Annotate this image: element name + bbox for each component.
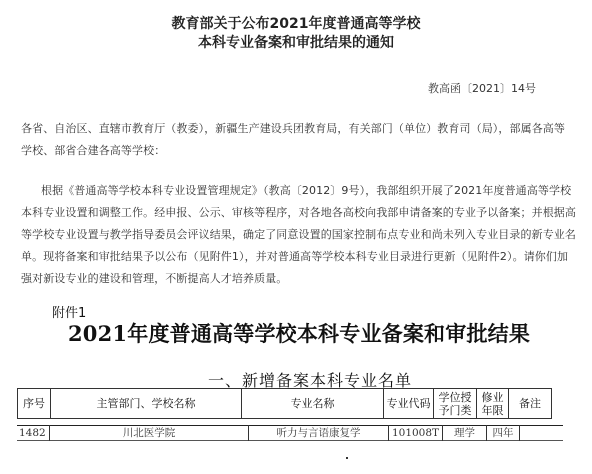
notice-title-line-1: 教育部关于公布2021年度普通高等学校	[0, 14, 592, 34]
cell-years: 四年	[487, 426, 520, 441]
header-code: 专业代码	[384, 389, 434, 419]
document-number: 教高函〔2021〕14号	[428, 80, 536, 96]
header-major: 专业名称	[242, 389, 384, 419]
salutation-line-1: 各省、自治区、直辖市教育厅（教委），新疆生产建设兵团教育局，有关部门（单位）教育…	[21, 118, 565, 141]
body-line-3: 等学校专业设置与教学指导委员会评议结果，确定了同意设置的国家控制布点专业和尚未列…	[21, 224, 576, 247]
salutation-line-2: 学校、部省合建各高等学校：	[21, 140, 165, 163]
cell-code: 101008T	[389, 426, 443, 441]
header-years-line-1: 修业	[477, 391, 508, 404]
body-line-4: 单。现将备案和审批结果予以公布（见附件1），并对普通高等学校本科专业目录进行更新…	[21, 246, 568, 269]
table-header-row: 序号 主管部门、学校名称 专业名称 专业代码 学位授 予门类 修业 年限 备注	[18, 389, 552, 419]
body-line-1: 根据《普通高等学校本科专业设置管理规定》（教高〔2012〕9号），我部组织开展了…	[41, 180, 571, 203]
cell-degree: 理学	[443, 426, 487, 441]
header-school: 主管部门、学校名称	[51, 389, 242, 419]
body-line-5: 强对新设专业的建设和管理，不断提高人才培养质量。	[21, 268, 287, 291]
results-table-body: 1482 川北医学院 听力与言语康复学 101008T 理学 四年	[17, 425, 563, 441]
header-index: 序号	[18, 389, 51, 419]
cell-index: 1482	[17, 426, 50, 441]
header-degree: 学位授 予门类	[434, 389, 477, 419]
header-years: 修业 年限	[477, 389, 509, 419]
header-degree-line-1: 学位授	[434, 391, 476, 404]
cell-note	[520, 426, 564, 441]
header-degree-line-2: 予门类	[434, 404, 476, 417]
table-row: 1482 川北医学院 听力与言语康复学 101008T 理学 四年	[17, 426, 563, 441]
body-line-2: 本科专业设置和调整工作。经申报、公示、审核等程序，对各地各高校向我部申请备案的专…	[21, 202, 576, 225]
header-note: 备注	[509, 389, 552, 419]
cell-school: 川北医学院	[50, 426, 249, 441]
notice-title-line-2: 本科专业备案和审批结果的通知	[0, 33, 592, 53]
attachment-title: 2021年度普通高等学校本科专业备案和审批结果	[68, 318, 530, 348]
stray-dot	[346, 457, 348, 459]
header-years-line-2: 年限	[477, 404, 508, 417]
cell-major: 听力与言语康复学	[249, 426, 389, 441]
results-table-header: 序号 主管部门、学校名称 专业名称 专业代码 学位授 予门类 修业 年限 备注	[17, 388, 552, 419]
